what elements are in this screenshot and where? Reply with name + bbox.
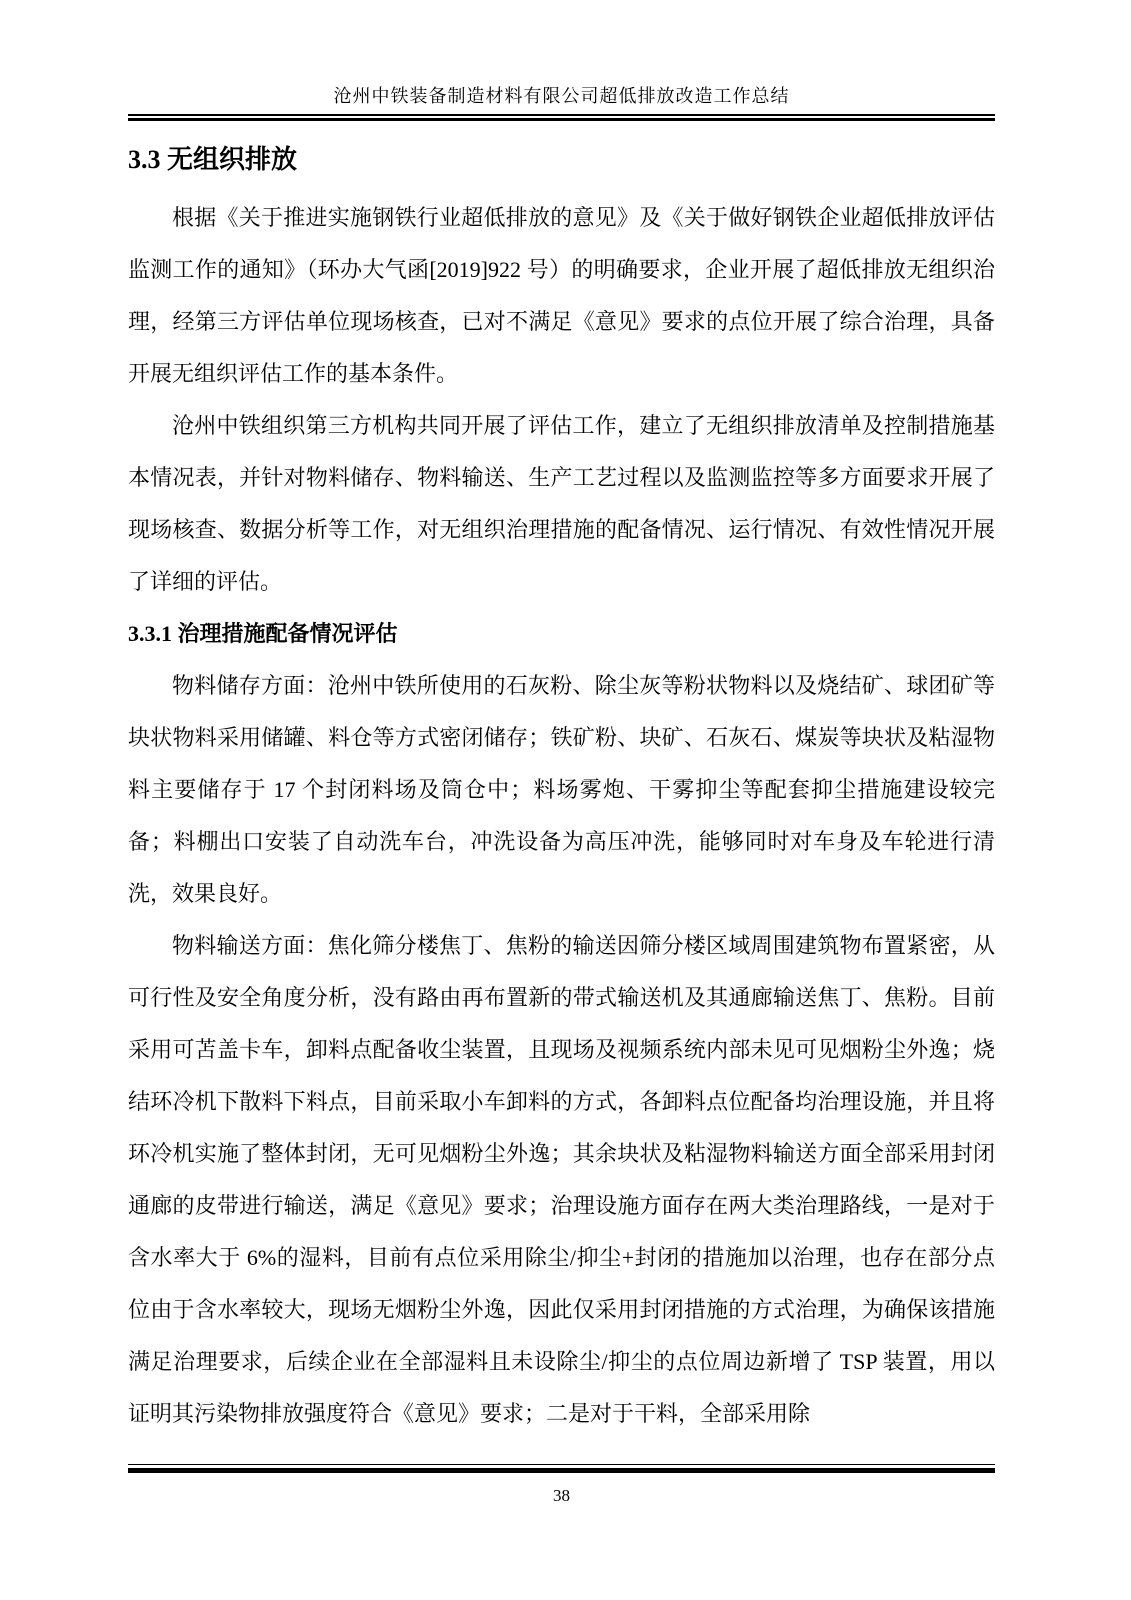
page-footer: 38 xyxy=(128,1464,995,1507)
document-page: 沧州中铁装备制造材料有限公司超低排放改造工作总结 3.3 无组织排放 根据《关于… xyxy=(0,0,1131,1600)
header-divider xyxy=(128,114,995,121)
document-body: 3.3 无组织排放 根据《关于推进实施钢铁行业超低排放的意见》及《关于做好钢铁企… xyxy=(128,140,995,1440)
material-storage-paragraph: 物料储存方面：沧州中铁所使用的石灰粉、除尘灰等粉状物料以及烧结矿、球团矿等块状物… xyxy=(128,660,995,920)
intro-paragraph-2: 沧州中铁组织第三方机构共同开展了评估工作，建立了无组织排放清单及控制措施基本情况… xyxy=(128,400,995,608)
footer-divider xyxy=(128,1464,995,1473)
section-heading: 3.3 无组织排放 xyxy=(128,140,995,180)
intro-paragraph-1: 根据《关于推进实施钢铁行业超低排放的意见》及《关于做好钢铁企业超低排放评估监测工… xyxy=(128,192,995,400)
subsection-heading: 3.3.1 治理措施配备情况评估 xyxy=(128,608,995,660)
header-title: 沧州中铁装备制造材料有限公司超低排放改造工作总结 xyxy=(128,84,995,108)
material-transport-paragraph: 物料输送方面：焦化筛分楼焦丁、焦粉的输送因筛分楼区域周围建筑物布置紧密，从可行性… xyxy=(128,920,995,1440)
page-header: 沧州中铁装备制造材料有限公司超低排放改造工作总结 xyxy=(128,84,995,121)
page-number: 38 xyxy=(128,1485,995,1507)
